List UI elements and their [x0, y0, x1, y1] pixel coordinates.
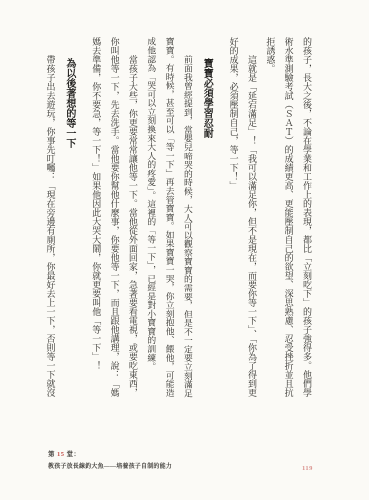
paragraph: 這就是「延宕滿足」！「我可以滿足你，但不是現在，而要你等一下」、「你為了得到更好…	[224, 37, 261, 398]
section-heading: 寶寶必須學習忍耐	[197, 37, 215, 398]
paragraph: 的孩子，長大之後，不論在學業和工作上的表現，都比「立刻吃下」的孩子強得多。他們學…	[261, 37, 316, 398]
paragraph: 前面我曾經提到，當嬰兒啼哭的時候，大人可以觀察寶寶的需要，但是不一定要立刻滿足寶…	[142, 37, 197, 398]
section-heading: 為以後著想的等一下	[60, 37, 78, 398]
chapter-title: 教孩子放長線釣大魚——培養孩子自制的能力	[48, 464, 172, 471]
chapter-label: 第15堂：	[48, 451, 172, 459]
paragraph: 當孩子大些，你更要常常讓他等一下。當他從外面回家，急著要看電視，或要吃東西，你叫…	[87, 37, 142, 398]
chapter-footer: 第15堂： 教孩子放長線釣大魚——培養孩子自制的能力	[48, 451, 172, 471]
page-number: 119	[302, 465, 313, 472]
chapter-label-prefix: 第	[48, 451, 55, 458]
chapter-label-suffix: 堂：	[67, 451, 81, 458]
chapter-number: 15	[57, 451, 65, 458]
book-page: 的孩子，長大之後，不論在學業和工作上的表現，都比「立刻吃下」的孩子強得多。他們學…	[0, 0, 369, 500]
paragraph: 帶孩子出去遊玩，你事先叮囑：「現在旁邊有廁所，你最好去上一下，否則等一下就沒	[41, 37, 59, 398]
vertical-text-block: 的孩子，長大之後，不論在學業和工作上的表現，都比「立刻吃下」的孩子強得多。他們學…	[41, 37, 316, 398]
